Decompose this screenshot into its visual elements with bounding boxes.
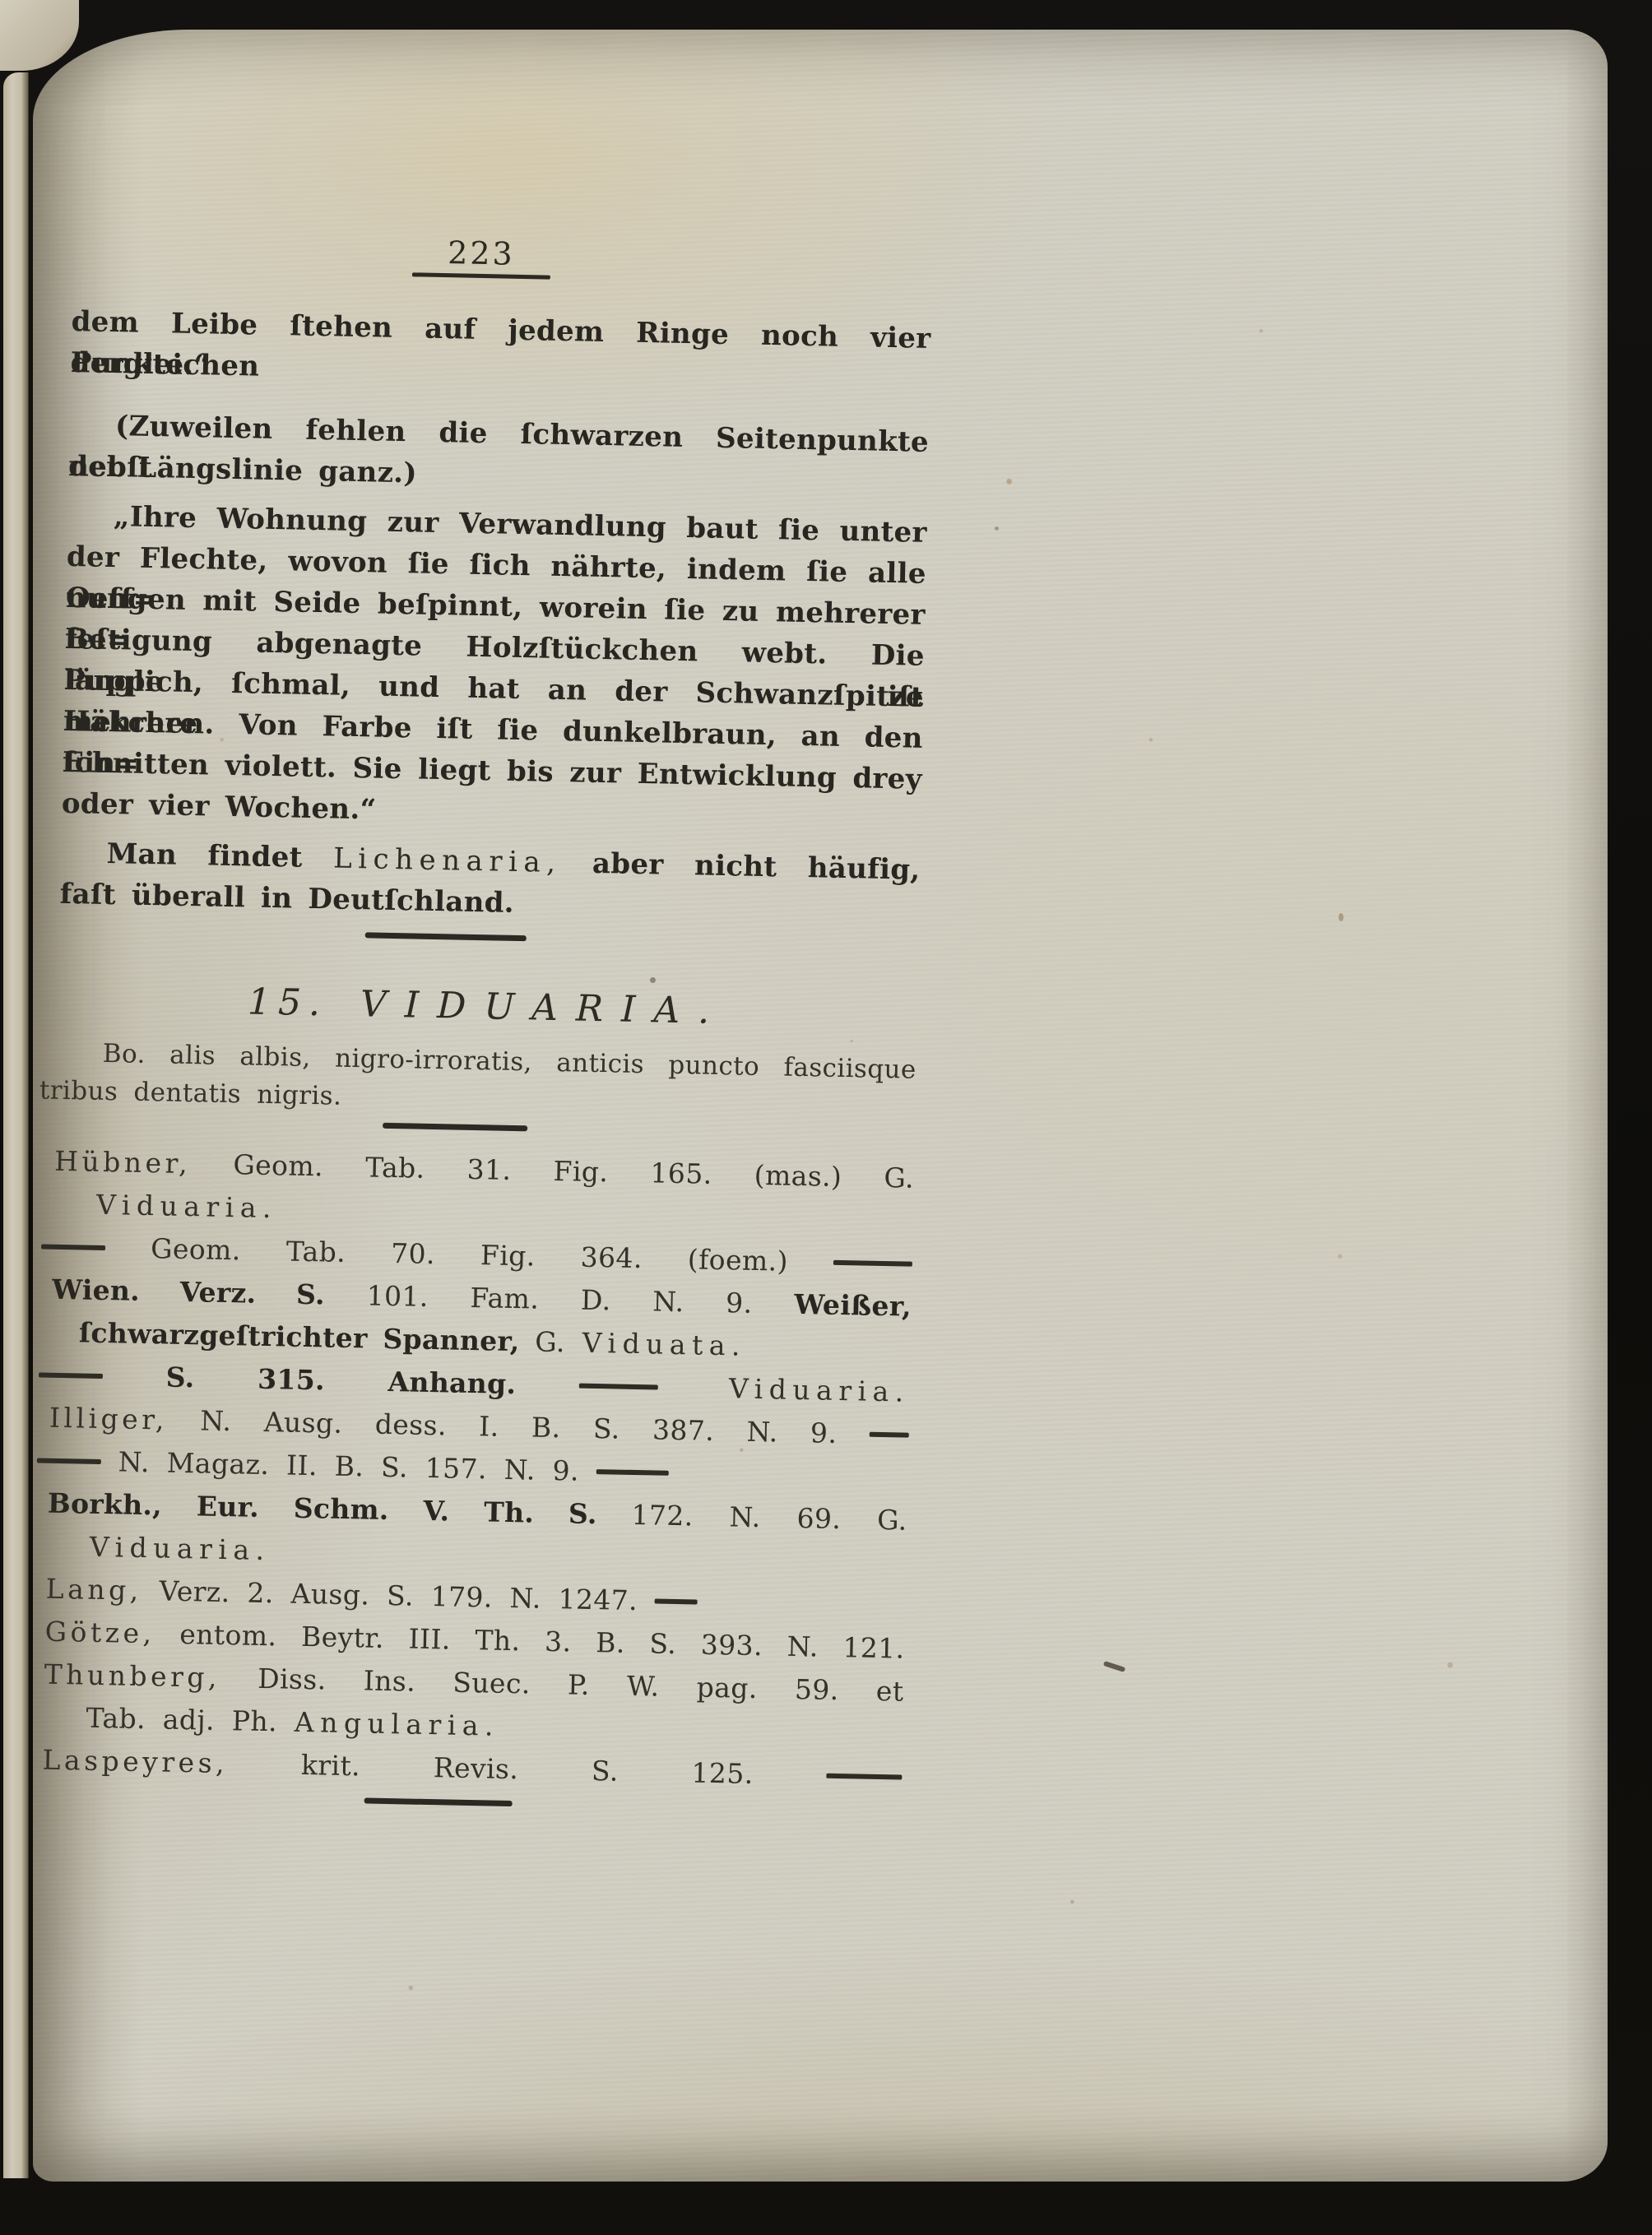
text-segment: Lang,	[45, 1573, 142, 1607]
text-segment: 172. N. 69. G.	[631, 1499, 907, 1537]
text-segment: Man findet	[106, 837, 333, 875]
latin-diagnosis: Bo. alis albis, nigro-irroratis, anticis…	[55, 1034, 916, 1127]
page-edge-strip	[3, 72, 29, 2178]
book-photo-background: 223 dem Leibe ſtehen auf jedem Ringe noc…	[0, 0, 1652, 2235]
text-segment: Götze,	[44, 1616, 155, 1650]
end-divider	[364, 1797, 513, 1806]
long-dash	[596, 1469, 669, 1476]
section-number: 15.	[248, 981, 328, 1024]
page-number-rule	[411, 272, 550, 279]
text-segment: Viduaria.	[96, 1189, 278, 1224]
reference-list: Hübner, Geom. Tab. 31. Fig. 165. (mas.) …	[42, 1140, 914, 1799]
text-segment: Viduata.	[582, 1327, 746, 1362]
text-segment: Wien. Verz. S.	[52, 1273, 326, 1311]
text-segment: Viduaria.	[89, 1531, 271, 1566]
long-dash	[870, 1432, 909, 1438]
text-segment: Angularia.	[294, 1706, 499, 1742]
text-segment: 101. Fam. D. N. 9.	[324, 1278, 794, 1319]
section-divider	[365, 932, 527, 941]
text-segment: Hübner,	[54, 1145, 192, 1180]
long-dash	[41, 1244, 105, 1250]
text-segment: aber nicht häufig,	[561, 846, 921, 887]
paragraph: Man findet Lichenaria, aber nicht häufig…	[59, 832, 921, 932]
underlying-page-corner	[0, 0, 79, 71]
text-segment: Diss. Ins. Suec. P. W. pag. 59. et	[220, 1662, 904, 1708]
page-number: 223	[51, 226, 912, 291]
text-segment: G.	[535, 1326, 582, 1359]
text-segment: Verz. 2. Ausg. S. 179. N. 1247.	[142, 1574, 655, 1617]
text-segment: Viduaria.	[658, 1371, 911, 1408]
text-segment: Thunberg,	[44, 1658, 220, 1694]
text-segment: Laspeyres,	[42, 1744, 228, 1780]
book-page: 223 dem Leibe ſtehen auf jedem Ringe noc…	[33, 30, 1608, 2182]
text-segment: krit. Revis. S. 125.	[228, 1747, 827, 1792]
page-number-value: 223	[448, 234, 515, 272]
ink-speck	[1103, 1661, 1126, 1672]
long-dash	[579, 1384, 658, 1390]
ink-speck	[1339, 913, 1343, 921]
section-divider	[383, 1123, 527, 1132]
long-dash	[833, 1260, 912, 1267]
text-segment: Geom. Tab. 31. Fig. 165. (mas.) G.	[191, 1148, 915, 1194]
text-segment: Lichenaria,	[333, 842, 562, 880]
section-title: VIDUARIA.	[360, 983, 727, 1032]
text-segment: N. Magaz. II. B. S. 157. N. 9.	[101, 1445, 597, 1487]
text-segment: ſchwarzgeſtrichter Spanner,	[79, 1316, 536, 1357]
section-heading: 15. VIDUARIA.	[58, 976, 918, 1038]
text-segment: Illiger,	[49, 1402, 169, 1436]
paragraph: (Zuweilen fehlen die ſchwarzen Seitenpun…	[68, 405, 930, 504]
long-dash	[826, 1774, 902, 1780]
page-content: 223 dem Leibe ſtehen auf jedem Ringe noc…	[42, 227, 933, 1815]
text-segment: Weißer,	[794, 1288, 912, 1323]
paragraph: „Ihre Wohnung zur Verwandlung baut ſie u…	[61, 495, 927, 842]
paragraph: dem Leibe ſtehen auf jedem Ringe noch vi…	[70, 301, 931, 401]
text-segment: Borkh., Eur. Schm. V. Th. S.	[47, 1487, 632, 1531]
long-dash	[37, 1458, 101, 1464]
text-segment: Tab. adj. Ph.	[86, 1702, 295, 1738]
long-dash	[39, 1372, 103, 1379]
long-dash	[655, 1599, 698, 1605]
text-segment: S. 315. Anhang.	[103, 1360, 580, 1402]
ink-speck	[995, 526, 999, 531]
